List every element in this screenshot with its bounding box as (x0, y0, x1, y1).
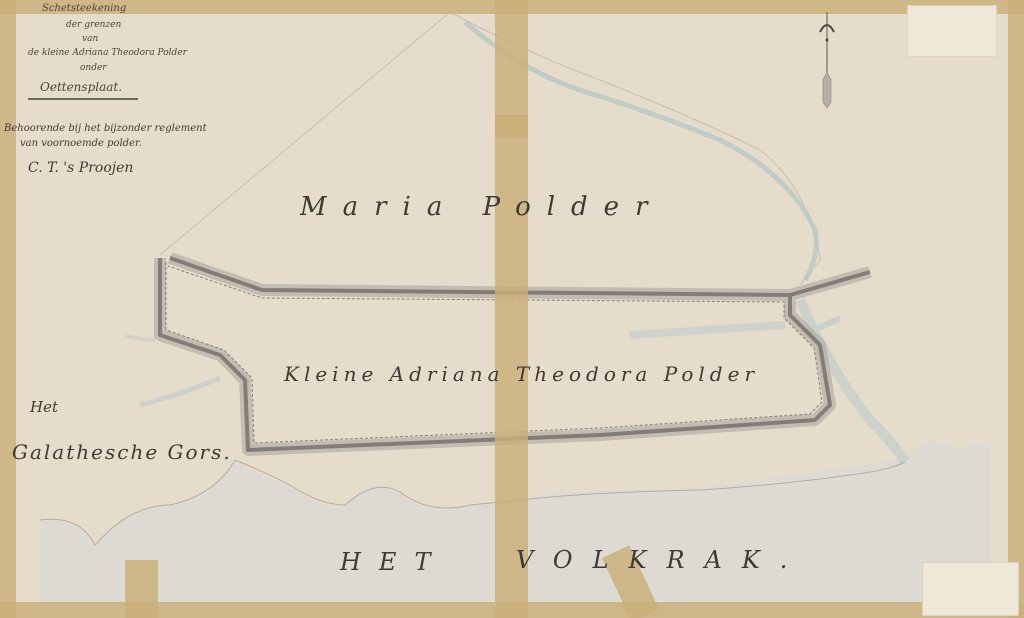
label-het: HET (340, 548, 448, 576)
tape-center-vertical (495, 0, 528, 618)
label-volkrak: VOLKRAK. (516, 546, 807, 574)
label-gors-prefix: Het (30, 398, 58, 416)
title-line-6: Oettensplaat. (40, 80, 122, 94)
tape-right (1008, 0, 1024, 618)
title-line-5: onder (80, 63, 107, 73)
maria-polder-outline (160, 12, 820, 285)
title-underline (28, 98, 138, 100)
note-line-1: Behoorende bij het bijzonder reglement (4, 123, 207, 134)
note-line-2: van voornoemde polder. (20, 138, 142, 149)
stamp-bottom-right (922, 562, 1019, 616)
label-kleine-polder: Kleine Adriana Theodora Polder (284, 362, 759, 386)
title-line-3: van (82, 34, 98, 44)
tape-center-patch (495, 115, 528, 137)
tape-bottom-left (125, 560, 158, 618)
north-arrow-icon (812, 10, 842, 110)
stamp-top-right (907, 5, 997, 57)
map-sheet: Schetsteekening der grenzen van de klein… (0, 0, 1024, 618)
label-maria-polder: Maria Polder (300, 192, 664, 222)
creek-small (630, 325, 785, 335)
tape-left (0, 0, 16, 618)
title-line-2: der grenzen (66, 20, 121, 30)
signature: C. T. 's Proojen (28, 160, 133, 176)
title-line-1: Schetsteekening (42, 3, 126, 14)
title-line-4: de kleine Adriana Theodora Polder (28, 48, 187, 58)
label-galathesche-gors: Galathesche Gors. (12, 440, 232, 464)
creek-gors (125, 335, 155, 340)
creek-west (140, 378, 220, 405)
dike-east-spur (815, 318, 840, 330)
creek-right (800, 300, 905, 462)
